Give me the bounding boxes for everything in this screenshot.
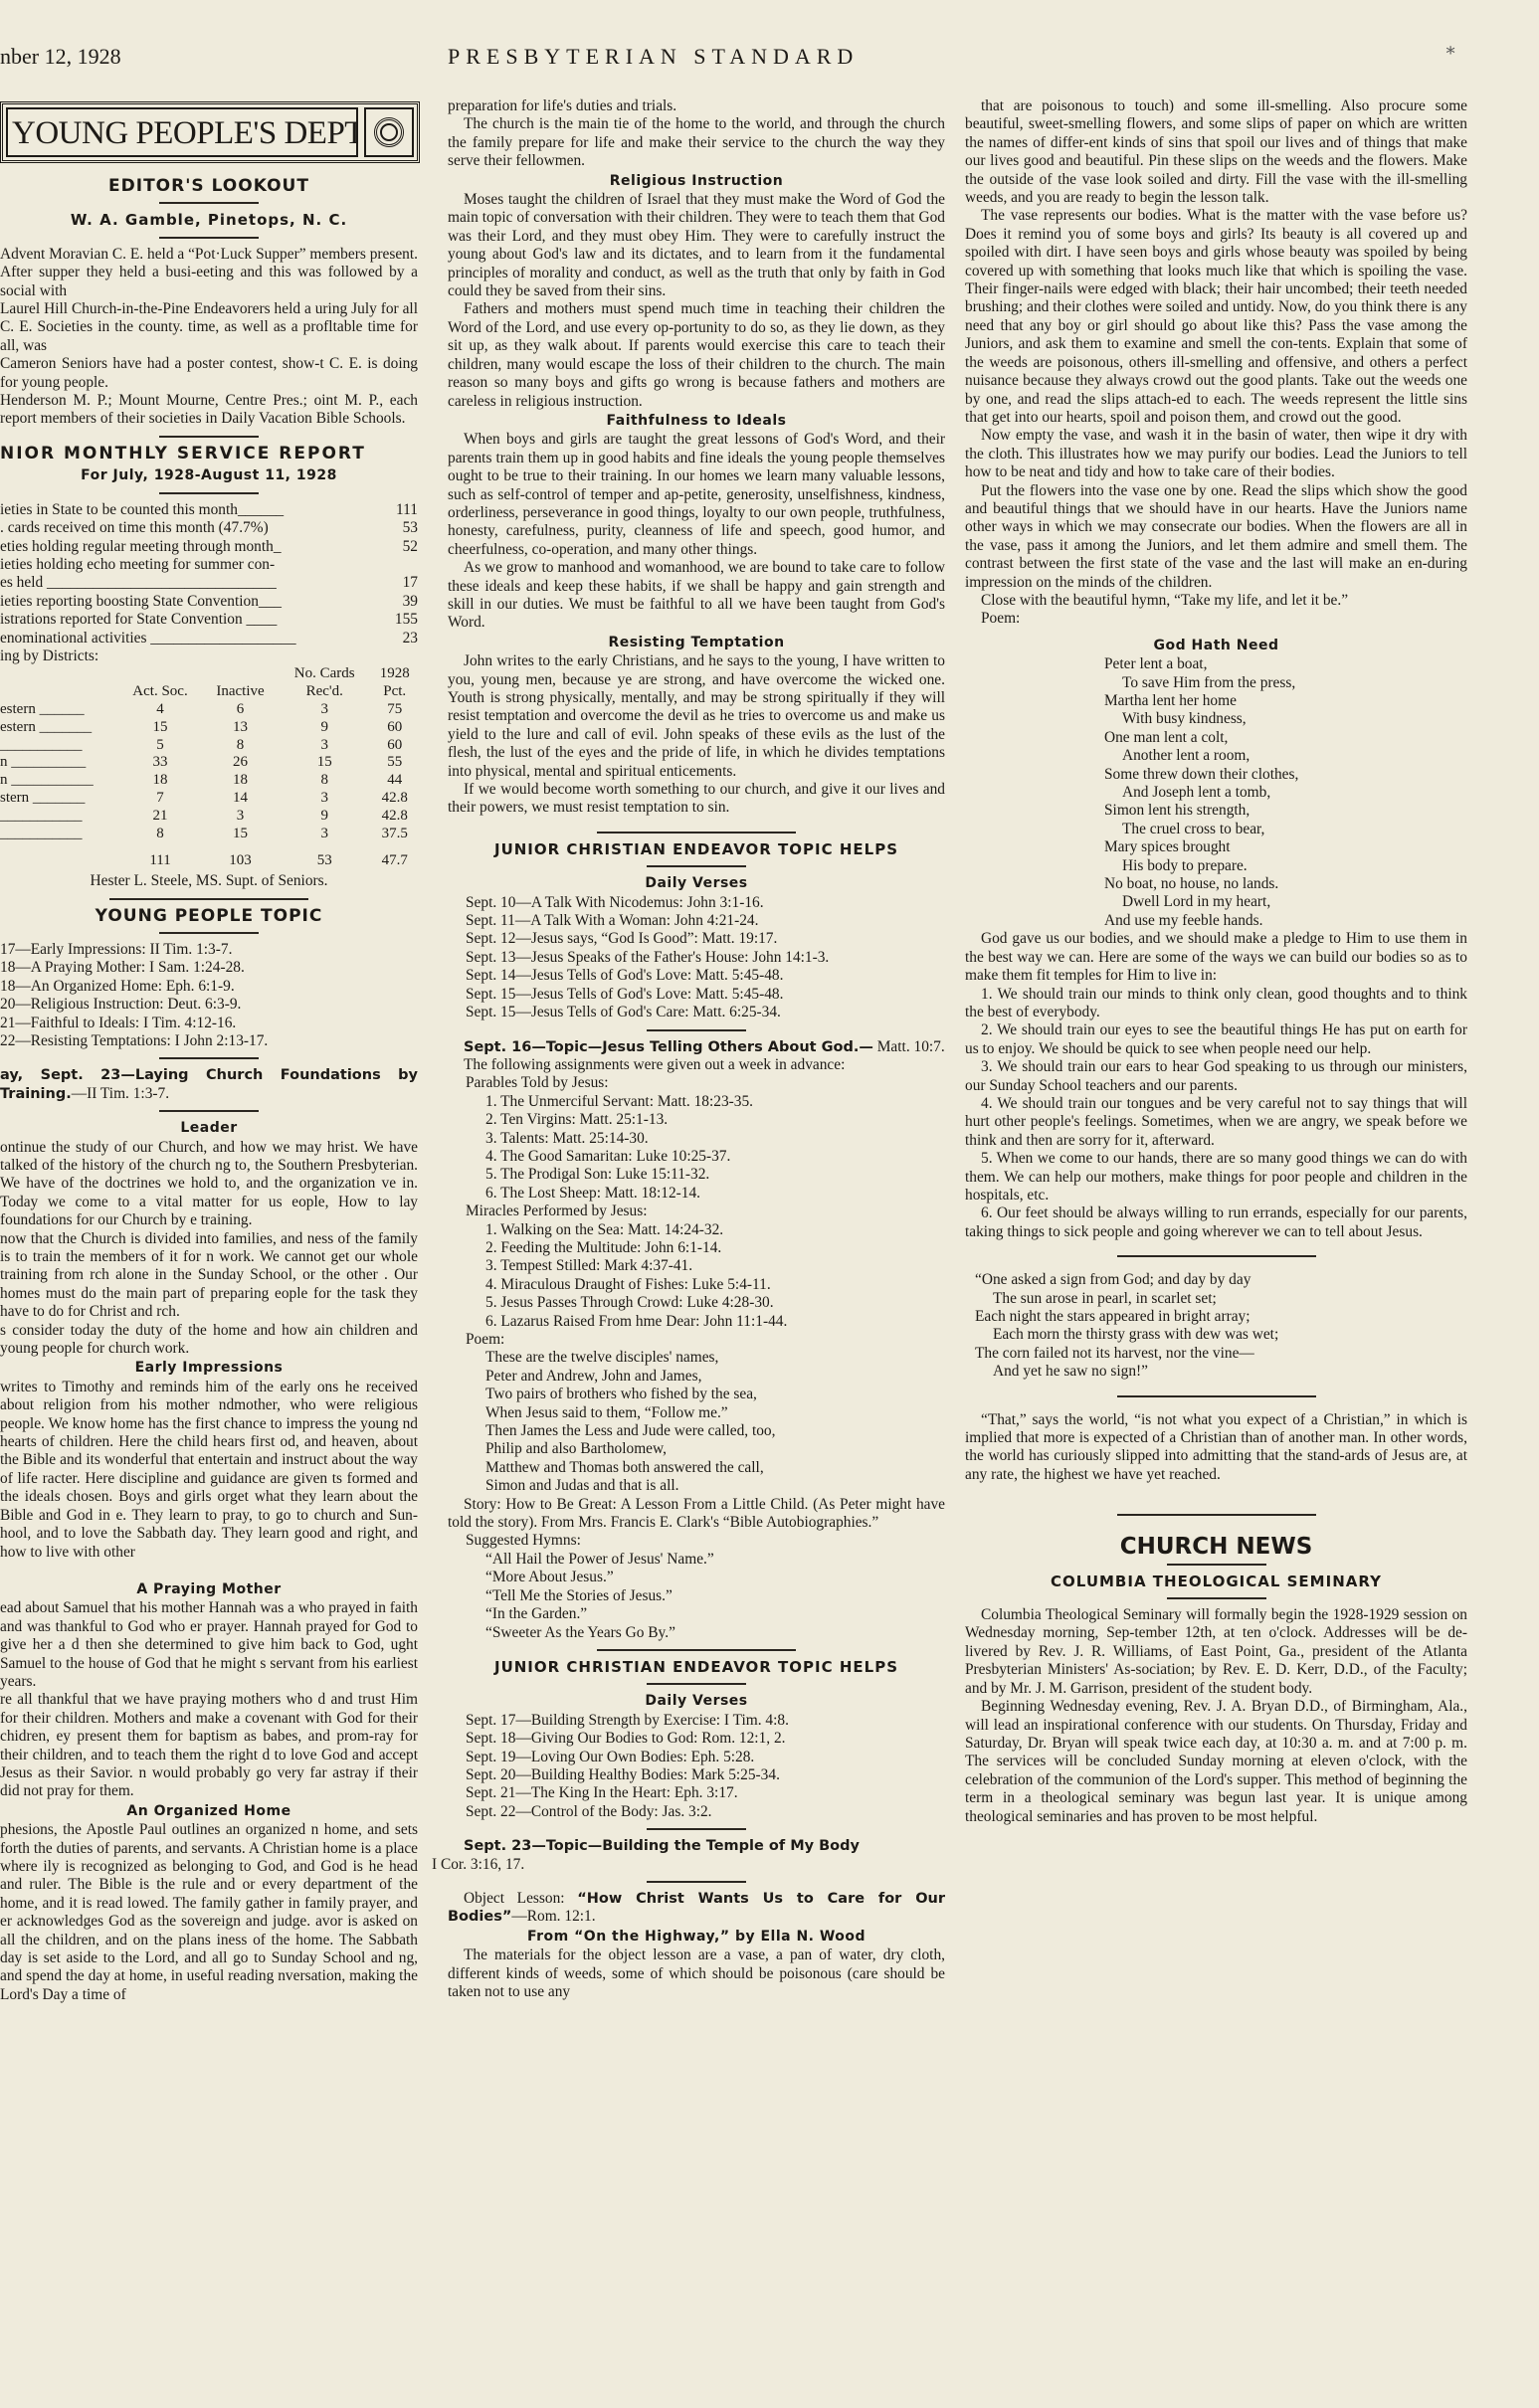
early-impressions-body: writes to Timothy and reminds him of the… xyxy=(0,1379,418,1562)
paragraph: 4. We should train our tongues and be ve… xyxy=(965,1095,1467,1150)
hymn-item: “Sweeter As the Years Go By.” xyxy=(485,1624,945,1642)
parables-list: 1. The Unmerciful Servant: Matt. 18:23-3… xyxy=(448,1093,945,1203)
paragraph: 6. Our feet should be always willing to … xyxy=(965,1204,1467,1241)
jce2-daily-heading: Daily Verses xyxy=(448,1692,945,1710)
that-says-paragraph: “That,” says the world, “is not what you… xyxy=(965,1411,1467,1485)
object-lesson-continued: that are poisonous to touch) and some il… xyxy=(965,97,1467,629)
column-right: that are poisonous to touch) and some il… xyxy=(965,97,1467,1826)
verse-item: Sept. 22—Control of the Body: Jas. 3:2. xyxy=(466,1803,945,1821)
paragraph: s consider today the duty of the home an… xyxy=(0,1322,418,1359)
object-lesson-source: From “On the Highway,” by Ella N. Wood xyxy=(448,1928,945,1945)
jce2-heading: JUNIOR CHRISTIAN ENDEAVOR TOPIC HELPS xyxy=(448,1658,945,1676)
paragraph: Cameron Seniors have had a poster contes… xyxy=(0,355,418,392)
paragraph: 1. We should train our minds to think on… xyxy=(965,986,1467,1022)
parable-item: 3. Talents: Matt. 25:14-30. xyxy=(485,1130,945,1148)
circle-ornament-icon xyxy=(364,107,414,157)
paragraph: Moses taught the children of Israel that… xyxy=(448,191,945,300)
poem-line: No boat, no house, no lands. xyxy=(1104,875,1467,893)
column-left: YOUNG PEOPLE'S DEPT. EDITOR'S LOOKOUT W.… xyxy=(0,97,418,2004)
organized-home-heading: An Organized Home xyxy=(0,1802,418,1820)
poem-label: Poem: xyxy=(448,1331,945,1349)
paragraph: Columbia Theological Seminary will forma… xyxy=(965,1606,1467,1698)
paragraph: ontinue the study of our Church, and how… xyxy=(0,1139,418,1230)
paragraph: 2. We should train our eyes to see the b… xyxy=(965,1021,1467,1058)
verse-item: Sept. 15—Jesus Tells of God's Care: Matt… xyxy=(466,1004,945,1021)
object-lesson: Object Lesson: “How Christ Wants Us to C… xyxy=(448,1890,945,1927)
seminary-heading: COLUMBIA THEOLOGICAL SEMINARY xyxy=(965,1573,1467,1590)
praying-mother-heading: A Praying Mother xyxy=(0,1580,418,1598)
poem-line: And Joseph lent a tomb, xyxy=(1104,784,1467,802)
editors-lookout-body: Advent Moravian C. E. held a “Pot·Luck S… xyxy=(0,246,418,429)
poem-line: Dwell Lord in my heart, xyxy=(1104,893,1467,911)
paragraph: If we would become worth something to ou… xyxy=(448,781,945,818)
stat-row: ieties in State to be counted this month… xyxy=(0,501,418,519)
poem-line: Peter lent a boat, xyxy=(1104,655,1467,673)
early-impressions-heading: Early Impressions xyxy=(0,1359,418,1377)
table-row: 1111035347.7 xyxy=(0,842,418,870)
poem-line: The cruel cross to bear, xyxy=(1104,821,1467,838)
stat-row: ieties reporting boosting State Conventi… xyxy=(0,593,418,611)
parable-item: 1. The Unmerciful Servant: Matt. 18:23-3… xyxy=(485,1093,945,1111)
hymns-list: “All Hail the Power of Jesus' Name.”“Mor… xyxy=(448,1551,945,1642)
verse-item: Sept. 19—Loving Our Own Bodies: Eph. 5:2… xyxy=(466,1749,945,1766)
poem-line: One man lent a colt, xyxy=(1104,729,1467,747)
paragraph: Poem: xyxy=(965,610,1467,628)
masthead-title: YOUNG PEOPLE'S DEPT. xyxy=(6,107,358,157)
poem-title: God Hath Need xyxy=(965,637,1467,654)
hymns-label: Suggested Hymns: xyxy=(448,1532,945,1550)
table-row: ___________815337.5 xyxy=(0,826,418,843)
report-stats: ieties in State to be counted this month… xyxy=(0,501,418,666)
report-subheading: For July, 1928-August 11, 1928 xyxy=(0,466,418,484)
sunday-topic: ay, Sept. 23—Laying Church Foundations b… xyxy=(0,1066,418,1103)
verse-item: Sept. 15—Jesus Tells of God's Love: Matt… xyxy=(466,986,945,1004)
poem-line: Martha lent her home xyxy=(1104,692,1467,710)
miracles-list: 1. Walking on the Sea: Matt. 14:24-32.2.… xyxy=(448,1221,945,1331)
parable-item: 5. The Prodigal Son: Luke 15:11-32. xyxy=(485,1166,945,1184)
topic-list: 17—Early Impressions: II Tim. 1:3-7.18—A… xyxy=(0,941,418,1050)
young-people-topic-heading: YOUNG PEOPLE TOPIC xyxy=(0,907,418,925)
poem-line: When Jesus said to them, “Follow me.” xyxy=(485,1404,945,1422)
hymn-item: “More About Jesus.” xyxy=(485,1569,945,1586)
hymn-item: “In the Garden.” xyxy=(485,1605,945,1623)
topic-item: 18—A Praying Mother: I Sam. 1:24-28. xyxy=(0,959,418,977)
object-lesson-body: The materials for the object lesson are … xyxy=(448,1946,945,2001)
church-news-heading: CHURCH NEWS xyxy=(965,1538,1467,1556)
resisting-heading: Resisting Temptation xyxy=(448,634,945,651)
leader-heading: Leader xyxy=(0,1119,418,1137)
poem-line: Simon lent his strength, xyxy=(1104,802,1467,820)
sign-quote: “One asked a sign from God; and day by d… xyxy=(975,1271,1467,1381)
quote-line: The sun arose in pearl, in scarlet set; xyxy=(975,1290,1467,1308)
stat-row: ieties holding echo meeting for summer c… xyxy=(0,556,418,574)
paragraph: re all thankful that we have praying mot… xyxy=(0,1691,418,1800)
paragraph: ead about Samuel that his mother Hannah … xyxy=(0,1599,418,1691)
paragraph: When boys and girls are taught the great… xyxy=(448,431,945,559)
miracle-item: 6. Lazarus Raised From hme Dear: John 11… xyxy=(485,1313,945,1331)
poem-line: Then James the Less and Jude were called… xyxy=(485,1422,945,1440)
jce2-topic: Sept. 23—Topic—Building the Temple of My… xyxy=(448,1837,945,1874)
paragraph: The vase represents our bodies. What is … xyxy=(965,207,1467,427)
verse-item: Sept. 11—A Talk With a Woman: John 4:21-… xyxy=(466,912,945,930)
parable-item: 2. Ten Virgins: Matt. 25:1-13. xyxy=(485,1111,945,1129)
paragraph: 3. We should train our ears to hear God … xyxy=(965,1058,1467,1095)
intro-body: preparation for life's duties and trials… xyxy=(448,97,945,171)
faithfulness-body: When boys and girls are taught the great… xyxy=(448,431,945,632)
paragraph: The church is the main tie of the home t… xyxy=(448,115,945,170)
topic-item: 22—Resisting Temptations: I John 2:13-17… xyxy=(0,1032,418,1050)
disciples-poem: These are the twelve disciples' names,Pe… xyxy=(448,1349,945,1495)
paragraph: preparation for life's duties and trials… xyxy=(448,97,945,115)
verse-item: Sept. 21—The King In the Heart: Eph. 3:1… xyxy=(466,1784,945,1802)
jce2-verses: Sept. 17—Building Strength by Exercise: … xyxy=(448,1712,945,1821)
quote-line: Each morn the thirsty grass with dew was… xyxy=(975,1326,1467,1344)
poem-line: To save Him from the press, xyxy=(1104,674,1467,692)
verse-item: Sept. 18—Giving Our Bodies to God: Rom. … xyxy=(466,1730,945,1748)
paragraph: Henderson M. P.; Mount Mourne, Centre Pr… xyxy=(0,392,418,429)
district-table: No. Cards1928Act. Soc.InactiveRec'd.Pct.… xyxy=(0,665,418,870)
stat-row: eties holding regular meeting through mo… xyxy=(0,538,418,556)
miracle-item: 1. Walking on the Sea: Matt. 14:24-32. xyxy=(485,1221,945,1239)
leader-body: ontinue the study of our Church, and how… xyxy=(0,1139,418,1359)
department-masthead: YOUNG PEOPLE'S DEPT. xyxy=(0,101,420,163)
paragraph: that are poisonous to touch) and some il… xyxy=(965,97,1467,207)
poem-line: Peter and Andrew, John and James, xyxy=(485,1368,945,1386)
hymn-item: “All Hail the Power of Jesus' Name.” xyxy=(485,1551,945,1569)
poem-line: And use my feeble hands. xyxy=(1104,912,1467,930)
poem-line: Another lent a room, xyxy=(1104,747,1467,765)
verse-item: Sept. 20—Building Healthy Bodies: Mark 5… xyxy=(466,1766,945,1784)
editors-lookout-heading: EDITOR'S LOOKOUT xyxy=(0,177,418,195)
paragraph: Laurel Hill Church-in-the-Pine Endeavore… xyxy=(0,300,418,355)
publication-title: PRESBYTERIAN STANDARD xyxy=(448,44,859,70)
poem-line: Mary spices brought xyxy=(1104,838,1467,856)
topic-item: 20—Religious Instruction: Deut. 6:3-9. xyxy=(0,996,418,1014)
table-row: ___________58360 xyxy=(0,737,418,755)
paragraph: Fathers and mothers must spend much time… xyxy=(448,300,945,410)
jce1-assign: The following assignments were given out… xyxy=(448,1056,945,1074)
page-mark: ∗ xyxy=(1444,40,1456,61)
stat-row: es held ______________________________17 xyxy=(0,574,418,592)
paragraph: As we grow to manhood and womanhood, we … xyxy=(448,559,945,633)
miracle-item: 5. Jesus Passes Through Crowd: Luke 4:28… xyxy=(485,1294,945,1312)
quote-line: “One asked a sign from God; and day by d… xyxy=(975,1271,1467,1289)
ways-list: 1. We should train our minds to think on… xyxy=(965,986,1467,1242)
paragraph: Advent Moravian C. E. held a “Pot·Luck S… xyxy=(0,246,418,300)
verse-item: Sept. 12—Jesus says, “God Is Good”: Matt… xyxy=(466,930,945,948)
table-row: n __________33261555 xyxy=(0,754,418,772)
topic-item: 21—Faithful to Ideals: I Tim. 4:12-16. xyxy=(0,1015,418,1032)
jce1-verses: Sept. 10—A Talk With Nicodemus: John 3:1… xyxy=(448,894,945,1022)
verse-item: Sept. 10—A Talk With Nicodemus: John 3:1… xyxy=(466,894,945,912)
miracle-item: 2. Feeding the Multitude: John 6:1-14. xyxy=(485,1239,945,1257)
god-hath-need-poem: Peter lent a boat,To save Him from the p… xyxy=(1104,655,1467,930)
miracle-item: 3. Tempest Stilled: Mark 4:37-41. xyxy=(485,1257,945,1275)
jce1-topic: Sept. 16—Topic—Jesus Telling Others Abou… xyxy=(448,1038,945,1056)
table-row: n ___________1818844 xyxy=(0,772,418,790)
miracle-item: 4. Miraculous Draught of Fishes: Luke 5:… xyxy=(485,1276,945,1294)
stat-row: ing by Districts: xyxy=(0,648,418,665)
jce1-heading: JUNIOR CHRISTIAN ENDEAVOR TOPIC HELPS xyxy=(448,840,945,858)
poem-line: With busy kindness, xyxy=(1104,710,1467,728)
table-row: Act. Soc.InactiveRec'd.Pct. xyxy=(0,683,418,701)
after-poem: God gave us our bodies, and we should ma… xyxy=(965,930,1467,985)
poem-line: Philip and also Bartholomew, xyxy=(485,1440,945,1458)
table-row: No. Cards1928 xyxy=(0,665,418,683)
praying-mother-body: ead about Samuel that his mother Hannah … xyxy=(0,1599,418,1800)
table-row: ___________213942.8 xyxy=(0,808,418,826)
religious-instruction-body: Moses taught the children of Israel that… xyxy=(448,191,945,411)
table-row: stern _______714342.8 xyxy=(0,790,418,808)
topic-item: 17—Early Impressions: II Tim. 1:3-7. xyxy=(0,941,418,959)
table-row: estern _______1513960 xyxy=(0,719,418,737)
miracles-label: Miracles Performed by Jesus: xyxy=(448,1203,945,1220)
topic-item: 18—An Organized Home: Eph. 6:1-9. xyxy=(0,978,418,996)
poem-line: Some threw down their clothes, xyxy=(1104,766,1467,784)
verse-item: Sept. 13—Jesus Speaks of the Father's Ho… xyxy=(466,949,945,967)
story: Story: How to Be Great: A Lesson From a … xyxy=(448,1496,945,1533)
parables-label: Parables Told by Jesus: xyxy=(448,1074,945,1092)
table-row: estern ______46375 xyxy=(0,701,418,719)
stat-row: istrations reported for State Convention… xyxy=(0,611,418,629)
report-heading: NIOR MONTHLY SERVICE REPORT xyxy=(0,445,418,463)
jce1-daily-heading: Daily Verses xyxy=(448,874,945,892)
verse-item: Sept. 14—Jesus Tells of God's Love: Matt… xyxy=(466,967,945,985)
quote-line: The corn failed not its harvest, nor the… xyxy=(975,1345,1467,1363)
stat-row: . cards received on time this month (47.… xyxy=(0,519,418,537)
poem-line: His body to prepare. xyxy=(1104,857,1467,875)
verse-item: Sept. 17—Building Strength by Exercise: … xyxy=(466,1712,945,1730)
parable-item: 6. The Lost Sheep: Matt. 18:12-14. xyxy=(485,1185,945,1203)
stat-row: enominational activities _______________… xyxy=(0,630,418,648)
column-middle: preparation for life's duties and trials… xyxy=(448,97,945,2001)
paragraph: Now empty the vase, and wash it in the b… xyxy=(965,427,1467,481)
quote-line: And yet he saw no sign!” xyxy=(975,1363,1467,1381)
poem-line: Simon and Judas and that is all. xyxy=(485,1477,945,1495)
seminary-body: Columbia Theological Seminary will forma… xyxy=(965,1606,1467,1826)
faithfulness-heading: Faithfulness to Ideals xyxy=(448,412,945,430)
paragraph: Put the flowers into the vase one by one… xyxy=(965,482,1467,592)
parable-item: 4. The Good Samaritan: Luke 10:25-37. xyxy=(485,1148,945,1166)
organized-home-body: phesions, the Apostle Paul outlines an o… xyxy=(0,1821,418,2004)
quote-line: Each night the stars appeared in bright … xyxy=(975,1308,1467,1326)
poem-line: These are the twelve disciples' names, xyxy=(485,1349,945,1367)
paragraph: Close with the beautiful hymn, “Take my … xyxy=(965,592,1467,610)
resisting-body: John writes to the early Christians, and… xyxy=(448,652,945,818)
paragraph: now that the Church is divided into fami… xyxy=(0,1230,418,1322)
poem-line: Two pairs of brothers who fished by the … xyxy=(485,1386,945,1403)
paragraph: 5. When we come to our hands, there are … xyxy=(965,1150,1467,1204)
poem-line: Matthew and Thomas both answered the cal… xyxy=(485,1459,945,1477)
paragraph: Beginning Wednesday evening, Rev. J. A. … xyxy=(965,1698,1467,1826)
editors-lookout-byline: W. A. Gamble, Pinetops, N. C. xyxy=(0,211,418,229)
report-signature: Hester L. Steele, MS. Supt. of Seniors. xyxy=(0,872,418,890)
religious-instruction-heading: Religious Instruction xyxy=(448,172,945,190)
page-date: nber 12, 1928 xyxy=(0,44,121,70)
hymn-item: “Tell Me the Stories of Jesus.” xyxy=(485,1587,945,1605)
paragraph: John writes to the early Christians, and… xyxy=(448,652,945,781)
